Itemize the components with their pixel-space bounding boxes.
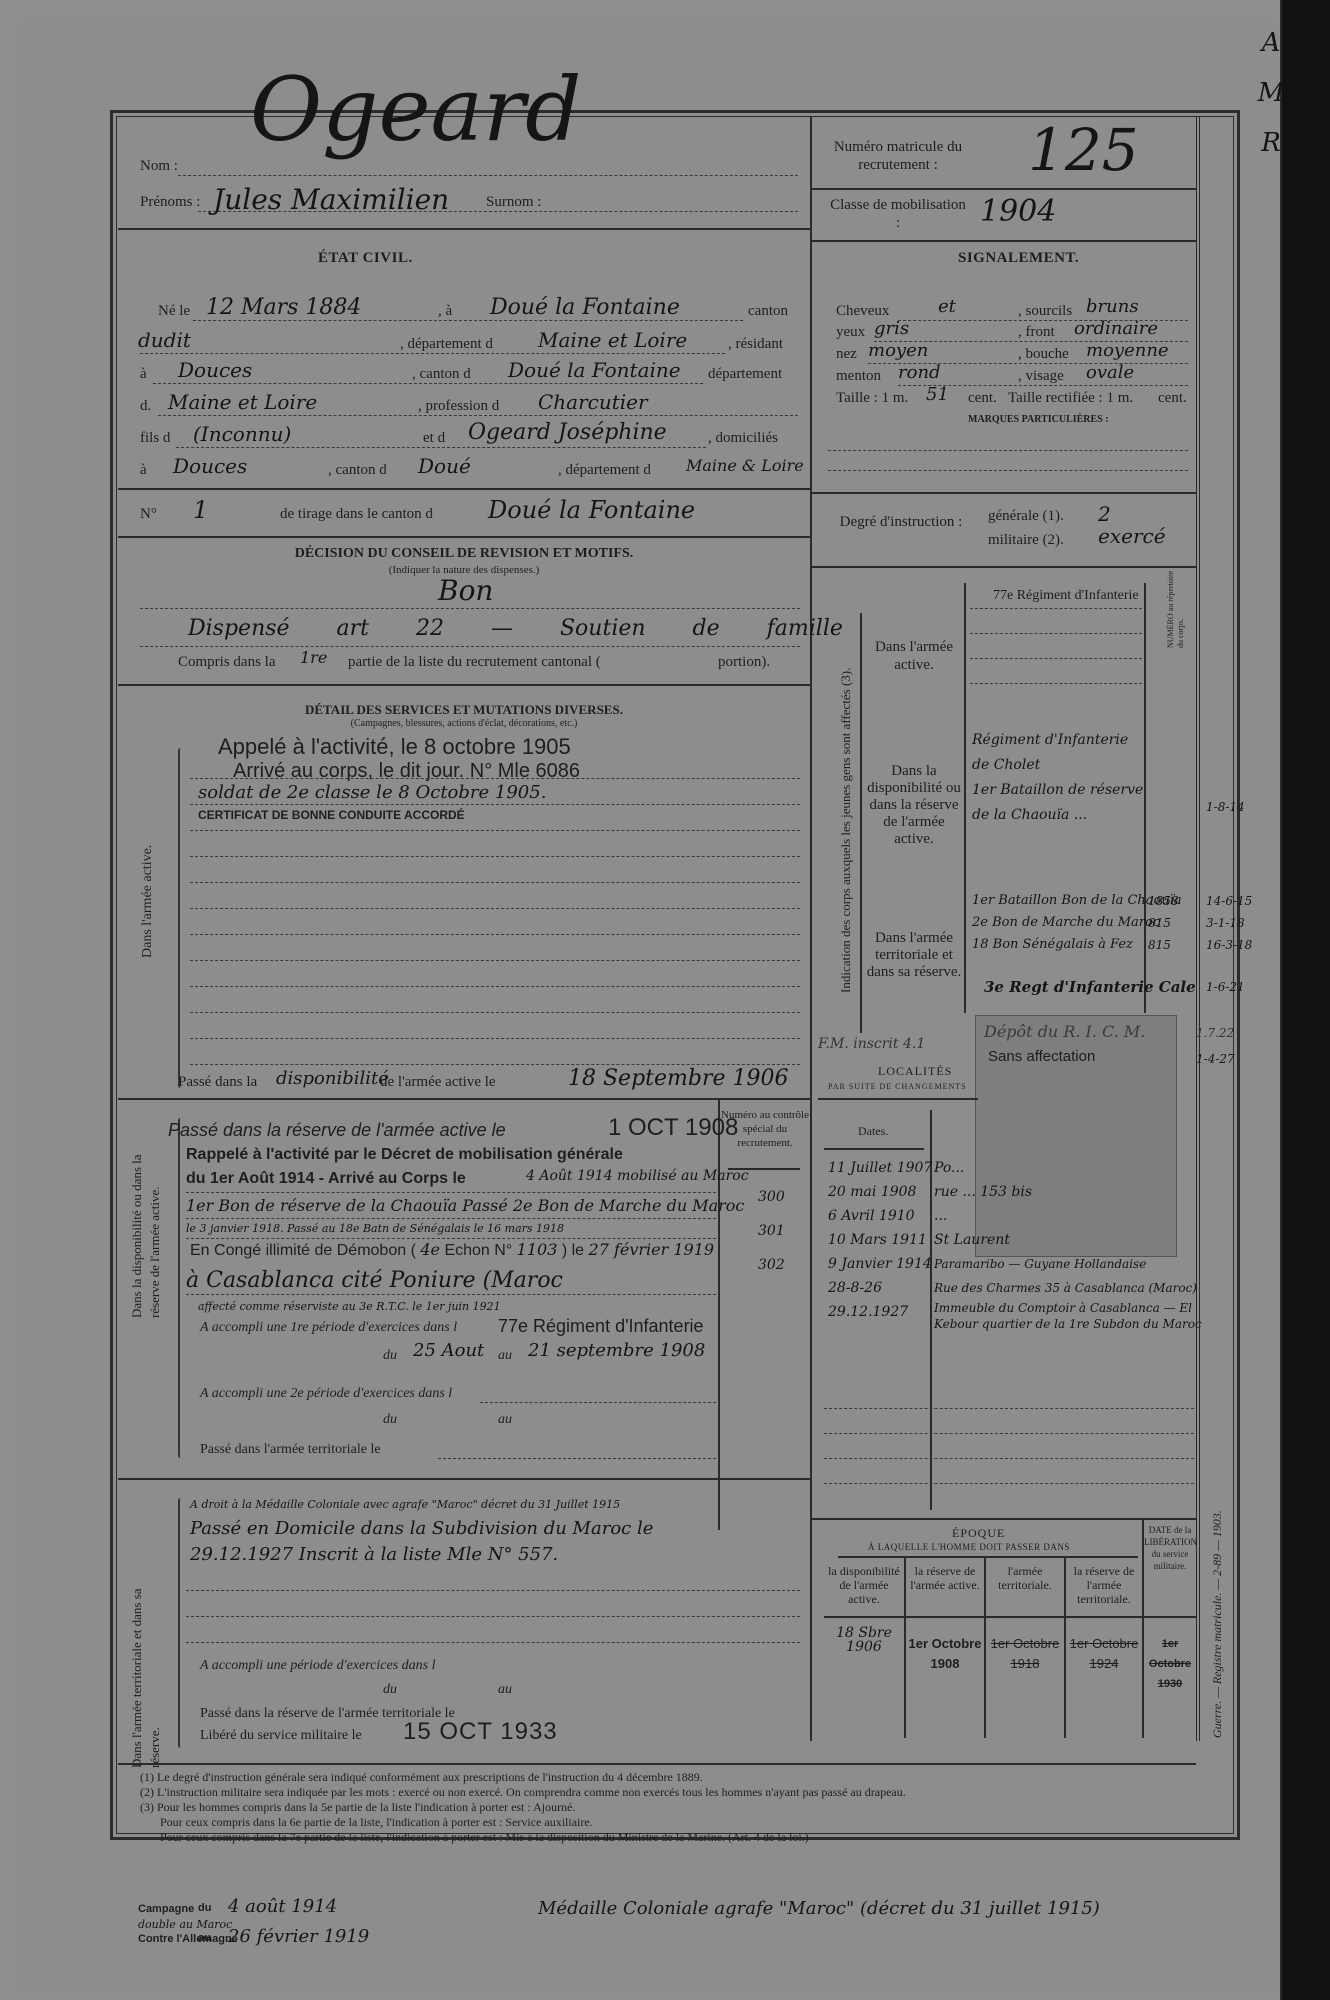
- reserve-line-6: à Casablanca cité Poniure (Maroc: [186, 1268, 563, 1293]
- marques-line: [828, 450, 1188, 451]
- inscrit-liste-line: 29.12.1927 Inscrit à la liste Mle N° 557…: [190, 1544, 558, 1565]
- service-line: [190, 804, 800, 805]
- reserve-line-7: affecté comme réserviste au 3e R.T.C. le…: [198, 1300, 501, 1313]
- localites-title: LOCALITÉS: [878, 1064, 952, 1079]
- etat-civil-title: ÉTAT CIVIL.: [318, 250, 413, 267]
- tirage-canton-value: Doué la Fontaine: [488, 496, 695, 524]
- localite-place: rue ... 153 bis: [934, 1180, 1234, 1204]
- periode1-au-label: au: [498, 1348, 512, 1364]
- menton-label: menton: [836, 368, 881, 385]
- header-rule: [118, 228, 810, 230]
- residence-line: [153, 383, 703, 384]
- territoriale-line: [186, 1590, 800, 1591]
- localite-date: 11 Juillet 1907: [828, 1156, 932, 1180]
- periode1-du-label: du: [383, 1348, 397, 1364]
- campagne-to: 26 février 1919: [228, 1926, 369, 1947]
- service-line: [190, 1064, 800, 1065]
- classe-label: Classe de mobilisation :: [828, 196, 968, 232]
- reserve-line: [186, 1294, 716, 1295]
- epoque-col-dispo: la disponibilité de l'armée active.: [824, 1564, 904, 1606]
- visage-label: , visage: [1018, 368, 1064, 385]
- lieu-naissance: Doué la Fontaine: [490, 295, 680, 320]
- terr-row-no: 1858: [1148, 890, 1179, 912]
- matricule-label: Numéro matricule du recrutement :: [828, 138, 968, 174]
- side-label-reserve: Dans la disponibilité ou dans la réserve…: [128, 1118, 164, 1318]
- numero-controle: 302: [758, 1248, 785, 1282]
- departement3-label: , département d: [558, 462, 651, 479]
- passe-dispo-date: 18 Septembre 1906: [568, 1066, 788, 1091]
- localite-place: Rue des Charmes 35 à Casablanca (Maroc): [934, 1276, 1234, 1300]
- corps-active-label: Dans l'armée active.: [866, 638, 962, 674]
- corps-line: [970, 633, 1142, 634]
- fm-note: F.M. inscrit 4.1: [818, 1036, 925, 1052]
- departement3-value: Maine & Loire: [686, 456, 804, 475]
- localites-bottom-rule: [812, 1518, 1196, 1520]
- nom-line: [178, 175, 798, 176]
- tirage-rule: [118, 536, 810, 538]
- conge-date-label: ) le: [562, 1242, 584, 1259]
- instruction-rule: [812, 566, 1196, 568]
- terr-row-date: 14-6-15: [1206, 890, 1252, 912]
- margin-letter-r: R: [1256, 118, 1286, 168]
- terr-row-date: 16-3-18: [1206, 934, 1252, 956]
- campagne-label: Contre l'Allemagne: [138, 1932, 238, 1947]
- corps-dispo-line: de Cholet: [972, 753, 1143, 778]
- nom-value: Ogeard: [250, 60, 581, 160]
- conge-ech-label: Echon N°: [444, 1242, 512, 1259]
- front-value: ordinaire: [1074, 318, 1158, 339]
- numero-controle: 300: [758, 1180, 785, 1214]
- portion-label: portion).: [718, 654, 770, 671]
- decision-line-2: [140, 646, 800, 647]
- service-line: [190, 830, 800, 831]
- a-label: , à: [438, 303, 452, 320]
- date-naissance: 12 Mars 1884: [206, 295, 361, 320]
- margin-letter-a: A: [1256, 18, 1286, 68]
- departement-line: [140, 353, 725, 354]
- localite-place: Po...: [934, 1156, 1234, 1180]
- corps-terr-label: Dans l'armée territoriale et dans sa rés…: [866, 930, 962, 981]
- territoriale-rule: [118, 1763, 1196, 1765]
- localites-rule: [818, 1098, 978, 1100]
- epoque-title: ÉPOQUE: [952, 1526, 1005, 1541]
- taille-unit: cent.: [968, 390, 997, 407]
- corps-line: [970, 683, 1142, 684]
- epoque-subtitle: À LAQUELLE L'HOMME DOIT PASSER DANS: [868, 1542, 1070, 1552]
- reserve-territoriale-label: Passé dans l'armée territoriale le: [200, 1442, 381, 1458]
- profession-label: , profession d: [418, 398, 499, 415]
- nez-label: nez: [836, 346, 857, 363]
- tirage-no-value: 1: [193, 496, 208, 524]
- taille-value: 51: [926, 384, 949, 405]
- side-label-territoriale: Dans l'armée territoriale et dans sa rés…: [128, 1568, 164, 1768]
- periode1-au: 21 septembre 1908: [528, 1340, 705, 1361]
- territoriale-line: [186, 1642, 800, 1643]
- tirage-label: de tirage dans le canton d: [280, 506, 433, 523]
- cheveux-value: et: [938, 296, 956, 317]
- classe-rule: [812, 240, 1196, 242]
- epoque-col-reserve: la réserve de l'armée active.: [906, 1564, 984, 1592]
- rappel-date: 4 Août 1914 mobilisé au Maroc: [526, 1168, 749, 1184]
- terr-row-text: 18 Bon Sénégalais à Fez: [972, 937, 1133, 952]
- surnom-label: Surnom :: [486, 194, 541, 211]
- overlay-depot-line: Dépôt du R. I. C. M.: [984, 1022, 1145, 1041]
- overlay-date-1: 1.7.22: [1196, 1026, 1234, 1040]
- service-line: [190, 778, 800, 779]
- sourcils-value: bruns: [1086, 296, 1139, 317]
- numero-repertoire-label: NUMÉRO au répertoire du corps.: [1166, 568, 1186, 648]
- terr-row-no: 815: [1148, 934, 1179, 956]
- territoriale-au-label: au: [498, 1682, 512, 1698]
- corps-terr-dates: 14-6-15 3-1-18 16-3-18: [1206, 890, 1252, 956]
- canton-value: dudit: [138, 328, 191, 352]
- epoque-value-territoriale: 1er Octobre 1918: [986, 1634, 1064, 1674]
- reserve-line: [186, 1218, 716, 1219]
- yeux-value: gris: [874, 318, 909, 339]
- epoque-col-territoriale: l'armée territoriale.: [986, 1564, 1064, 1592]
- service-line: [190, 1012, 800, 1013]
- localite-place: Paramaribo — Guyane Hollandaise: [934, 1252, 1234, 1276]
- service-line: [190, 960, 800, 961]
- residence-value: Douces: [178, 358, 252, 382]
- corps-terr-row-4-date: 1-6-21: [1206, 980, 1245, 994]
- campagne-label: Campagne: [138, 1902, 238, 1917]
- epoque-value-reserve: 1er Octobre 1908: [906, 1634, 984, 1674]
- appele-stamp: Appelé à l'activité, le 8 octobre 1905: [218, 734, 571, 760]
- pere-value: (Inconnu): [193, 422, 291, 446]
- periode2-label: A accompli une 2e période d'exercices da…: [200, 1386, 452, 1402]
- signalement-rule: [812, 492, 1196, 494]
- periode2-au-label: au: [498, 1412, 512, 1428]
- signalement-title: SIGNALEMENT.: [958, 250, 1079, 267]
- ne-le-label: Né le: [158, 303, 190, 320]
- epoque-value-reserve-terr: 1er Octobre 1924: [1066, 1634, 1142, 1674]
- visage-value: ovale: [1086, 362, 1134, 383]
- territoriale-bracket: [178, 1498, 183, 1748]
- bouche-label: , bouche: [1018, 346, 1069, 363]
- numeros-controle: 300 301 302: [758, 1180, 785, 1282]
- passe-dispo-label: Passé dans la: [178, 1074, 257, 1091]
- medaille-droit-line: A droit à la Médaille Coloniale avec agr…: [190, 1498, 620, 1511]
- passe-dispo-suffix: de l'armée active le: [380, 1074, 496, 1091]
- yeux-label: yeux: [836, 324, 865, 341]
- epoque-col-liberation: DATE de la LIBÉRATION du service militai…: [1144, 1524, 1196, 1572]
- numero-controle: 301: [758, 1214, 785, 1248]
- service-line: [190, 856, 800, 857]
- service-line: [190, 986, 800, 987]
- corps-terr-numbers: 1858 815 815: [1148, 890, 1179, 956]
- periode1-du: 25 Aout: [413, 1340, 484, 1361]
- rappel-line-1: Rappelé à l'activité par le Décret de mo…: [186, 1146, 623, 1164]
- corps-dispo-lines: Régiment d'Infanterie de Cholet 1er Bata…: [972, 728, 1143, 828]
- corps-dispo-date: 1-8-14: [1206, 800, 1245, 814]
- localites-places: Po... rue ... 153 bis ... St Laurent Par…: [934, 1156, 1234, 1332]
- passe-dispo-value: disponibilité: [276, 1068, 389, 1089]
- decision-line-1: [140, 608, 800, 609]
- soldat-line: soldat de 2e classe le 8 Octobre 1905.: [198, 782, 546, 803]
- services-title: DÉTAIL DES SERVICES ET MUTATIONS DIVERSE…: [118, 702, 810, 718]
- corps-divider: [860, 613, 862, 1033]
- departement-value: Maine et Loire: [538, 328, 687, 352]
- localites-line: [824, 1483, 1194, 1484]
- nez-value: moyen: [868, 340, 928, 361]
- service-line: [190, 908, 800, 909]
- instruction-label: Degré d'instruction :: [836, 513, 966, 531]
- localite-date: 20 mai 1908: [828, 1180, 932, 1204]
- epoque-col-reserve-terr: la réserve de l'armée territoriale.: [1066, 1564, 1142, 1606]
- taille-rectifiee-label: Taille rectifiée : 1 m.: [1008, 390, 1133, 407]
- periode2-du-label: du: [383, 1412, 397, 1428]
- conge-echelon: 4e: [420, 1240, 440, 1259]
- terr-row-no: 815: [1148, 912, 1179, 934]
- decision-value-dispense: Dispensé art 22 — Soutien de famille: [188, 616, 843, 641]
- decision-rule: [118, 684, 810, 686]
- bouche-value: moyenne: [1086, 340, 1169, 361]
- territoriale-periode-label: A accompli une période d'exercices dans …: [200, 1658, 435, 1674]
- libere-label: Libéré du service militaire le: [200, 1728, 362, 1744]
- campagne-du: du: [198, 1902, 211, 1914]
- medaille-note: Médaille Coloniale agrafe "Maroc" (décre…: [538, 1898, 1100, 1919]
- periode1-value: 77e Régiment d'Infanterie: [498, 1316, 704, 1337]
- compris-suffix: partie de la liste du recrutement canton…: [348, 654, 601, 671]
- profession-value: Charcutier: [538, 390, 648, 414]
- prenoms-label: Prénoms :: [140, 194, 200, 211]
- services-subtitle: (Campagnes, blessures, actions d'éclat, …: [118, 718, 810, 729]
- periode2-line: [480, 1402, 716, 1403]
- rappel-line-2: du 1er Août 1914 - Arrivé au Corps le: [186, 1170, 466, 1188]
- service-line: [190, 934, 800, 935]
- reserve-line-3: 1er Bon de réserve de la Chaouïa Passé 2…: [186, 1196, 744, 1215]
- localite-date: 29.12.1927: [828, 1300, 932, 1324]
- canton2-label: , canton d: [412, 366, 471, 383]
- campagne-stamp: Campagne double au Maroc Contre l'Allema…: [138, 1902, 238, 1947]
- side-print: Guerre. — Registre matricule. — 2-89 — 1…: [1210, 1510, 1225, 1738]
- localites-dates-header: Dates.: [858, 1124, 888, 1139]
- registre-matricule-sheet: A M R Ogeard Nom : Prénoms : Jules Maxim…: [18, 18, 1278, 1993]
- marques-label: MARQUES PARTICULIÈRES :: [968, 414, 1109, 425]
- campagne-au: au: [198, 1932, 211, 1944]
- corps-dispo-line: 1er Bataillon de réserve: [972, 778, 1143, 803]
- localite-date: 6 Avril 1910: [828, 1204, 932, 1228]
- decision-title: DÉCISION DU CONSEIL DE REVISION ET MOTIF…: [118, 546, 810, 562]
- corps-line: [970, 658, 1142, 659]
- campagne-from: 4 août 1914: [228, 1896, 337, 1917]
- localite-place: St Laurent: [934, 1228, 1234, 1252]
- matricule-rule: [812, 188, 1196, 190]
- prenoms-line: [198, 211, 798, 212]
- classe-value: 1904: [980, 194, 1056, 229]
- footnote: Pour ceux compris dans la 7e partie de l…: [140, 1830, 1190, 1845]
- arrive-stamp: Arrivé au corps, le dit jour. N° Mle 608…: [233, 760, 580, 783]
- epoque-rule: [838, 1556, 1138, 1558]
- corps-active-value: 77e Régiment d'Infanterie: [993, 588, 1139, 604]
- service-line: [190, 1038, 800, 1039]
- overlay-date-2: 1-4-27: [1196, 1052, 1235, 1066]
- reserve-line: [186, 1192, 716, 1193]
- reserve-line: [186, 1238, 716, 1239]
- territoriale-line: [186, 1616, 800, 1617]
- compris-value: 1re: [300, 648, 327, 667]
- localites-line: [824, 1408, 1194, 1409]
- departement-label: , département d: [400, 336, 493, 353]
- taille-label: Taille : 1 m.: [836, 390, 908, 407]
- reserve-bracket: [178, 1118, 183, 1458]
- localite-place: ...: [934, 1204, 1234, 1228]
- instruction-generale-value: 2: [1098, 502, 1111, 526]
- residant-label: , résidant: [728, 336, 783, 353]
- sans-affectation-stamp: Sans affectation: [988, 1048, 1095, 1065]
- corps-dispo-line: de la Chaouïa ...: [972, 803, 1143, 828]
- localite-date: 10 Mars 1911: [828, 1228, 932, 1252]
- column-divider: [810, 116, 812, 1741]
- footnotes: (1) Le degré d'instruction générale sera…: [140, 1770, 1190, 1845]
- taille-rectifiee-unit: cent.: [1158, 390, 1187, 407]
- conge-line: En Congé illimité de Démobon ( 4e Echon …: [190, 1240, 714, 1260]
- domicile-maroc-line: Passé en Domicile dans la Subdivision du…: [190, 1518, 653, 1539]
- reserve-line-4: le 3 janvier 1918. Passé au 18e Batn de …: [186, 1222, 564, 1235]
- territoriale-du-label: du: [383, 1682, 397, 1698]
- service-line: [190, 882, 800, 883]
- corps-divider-2: [964, 583, 966, 1013]
- mere-value: Ogeard Joséphine: [468, 420, 667, 445]
- active-bracket: [178, 748, 183, 1088]
- canton2-value: Doué la Fontaine: [508, 358, 681, 382]
- corps-vertical-label: Indication des corps auxquels les jeunes…: [838, 668, 854, 993]
- localite-place: Immeuble du Comptoir à Casablanca — El K…: [934, 1300, 1234, 1332]
- departement2-value: Maine et Loire: [168, 390, 317, 414]
- localite-date: 9 Janvier 1914: [828, 1252, 932, 1276]
- footnote: Pour ceux compris dans la 6e partie de l…: [140, 1815, 1190, 1830]
- sourcils-label: , sourcils: [1018, 303, 1072, 320]
- matricule-value: 125: [1028, 116, 1139, 184]
- periode1-label: A accompli une 1re période d'exercices d…: [200, 1320, 457, 1336]
- footnote: (3) Pour les hommes compris dans la 5e p…: [140, 1800, 1190, 1815]
- corps-line: [970, 608, 1142, 609]
- instruction-militaire-value: exercé: [1098, 524, 1166, 548]
- corps-dispo-label: Dans la disponibilité ou dans la réserve…: [866, 763, 962, 848]
- decision-value-bon: Bon: [438, 574, 493, 607]
- mere-label: et d: [423, 430, 445, 447]
- localites-line: [824, 1433, 1194, 1434]
- epoque-value-dispo: 18 Sbre 1906: [824, 1626, 904, 1654]
- instruction-militaire-label: militaire (2).: [988, 532, 1064, 549]
- localites-subtitle: PAR SUITE DE CHANGEMENTS: [828, 1082, 967, 1091]
- conge-date: 27 février 1919: [589, 1240, 715, 1259]
- etat-civil-rule: [118, 488, 810, 490]
- epoque-value-liberation: 1er Octobre 1930: [1144, 1634, 1196, 1694]
- margin-letter-m: M: [1256, 68, 1286, 118]
- canton-label: canton: [748, 303, 788, 320]
- domicilies-label: , domiciliés: [708, 430, 778, 447]
- menton-value: rond: [898, 362, 941, 383]
- passe-reserve-label: Passé dans la réserve de l'armée active …: [168, 1120, 506, 1141]
- corps-terr-row-4: 3e Regt d'Infanterie Cale: [984, 978, 1196, 996]
- localites-header-rule: [824, 1148, 924, 1150]
- footnote: (1) Le degré d'instruction générale sera…: [140, 1770, 1190, 1785]
- instruction-generale-label: générale (1).: [988, 508, 1064, 525]
- parents-line: [176, 447, 706, 448]
- passe-reserve-date: 1 OCT 1908: [608, 1114, 738, 1142]
- compris-label: Compris dans la: [178, 654, 276, 671]
- epoque-header-rule: [824, 1616, 1196, 1618]
- terr-row-date: 3-1-18: [1206, 912, 1252, 934]
- campagne-label: double au Maroc: [138, 1917, 238, 1932]
- corps-dispo-line: Régiment d'Infanterie: [972, 728, 1143, 753]
- libere-date-stamp: 15 OCT 1933: [403, 1718, 558, 1746]
- canton3-label: , canton d: [328, 462, 387, 479]
- scan-edge: [1282, 0, 1330, 2000]
- territoriale-line: [438, 1458, 716, 1459]
- departement2-label: département: [708, 366, 782, 383]
- localites-line: [824, 1458, 1194, 1459]
- conge-no: 1103: [517, 1240, 558, 1259]
- side-label-active: Dans l'armée active.: [140, 845, 156, 958]
- ne-le-line: [193, 320, 743, 321]
- profession-line: [158, 415, 798, 416]
- front-label: , front: [1018, 324, 1055, 341]
- services-rule: [118, 1098, 810, 1100]
- bonne-conduite-stamp: CERTIFICAT DE BONNE CONDUITE ACCORDÉ: [198, 808, 465, 822]
- footnote: (2) L'instruction militaire sera indiqué…: [140, 1785, 1190, 1800]
- marques-line: [828, 470, 1188, 471]
- fils-label: fils d: [140, 430, 170, 447]
- localite-date: 28-8-26: [828, 1276, 932, 1300]
- numero-controle-divider: [718, 1098, 720, 1530]
- tirage-no-label: N°: [140, 506, 157, 523]
- domicile-value: Douces: [173, 454, 247, 478]
- reserve-rule: [118, 1478, 810, 1480]
- localites-dates: 11 Juillet 1907 20 mai 1908 6 Avril 1910…: [828, 1156, 932, 1324]
- canton3-value: Doué: [418, 454, 471, 478]
- right-margin-divider: [1196, 116, 1200, 1741]
- margin-letters: A M R: [1256, 18, 1286, 168]
- nom-label: Nom :: [140, 158, 178, 175]
- conge-label: En Congé illimité de Démobon (: [190, 1242, 416, 1259]
- terr-row-text: 2e Bon de Marche du Maroc: [972, 915, 1160, 930]
